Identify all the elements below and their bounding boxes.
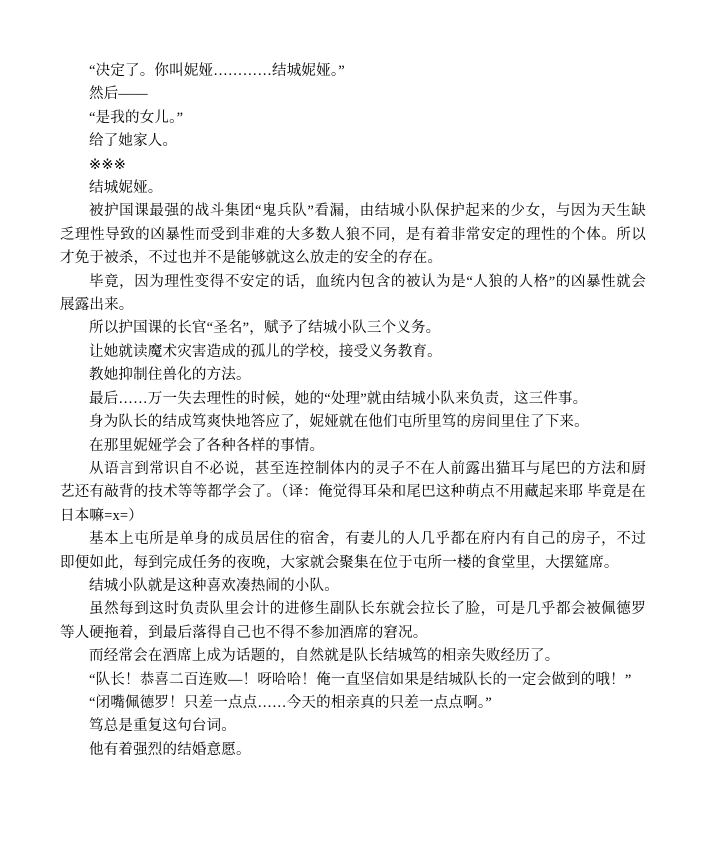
section-divider: ※※※ (60, 154, 646, 177)
dialogue-line: “闭嘴佩德罗！只差一点点……今天的相亲真的只差一点点啊。” (60, 692, 646, 715)
novel-text-body: “决定了。你叫妮娅…………结城妮娅。” 然后—— “是我的女儿。” 给了她家人。… (60, 60, 646, 762)
narration-line: 让她就读魔术灾害造成的孤儿的学校，接受义务教育。 (60, 341, 646, 364)
narration-paragraph: 虽然每到这时负责队里会计的进修生副队长东就会拉长了脸，可是几乎都会被佩德罗等人硬… (60, 598, 646, 645)
narration-paragraph: 从语言到常识自不必说，甚至连控制体内的灵子不在人前露出猫耳与尾巴的方法和厨艺还有… (60, 458, 646, 528)
narration-paragraph: 被护国课最强的战斗集团“鬼兵队”看漏，由结城小队保护起来的少女，与因为天生缺乏理… (60, 200, 646, 270)
narration-line: 在那里妮娅学会了各种各样的事情。 (60, 435, 646, 458)
narration-line: 身为队长的结成笃爽快地答应了，妮娅就在他们屯所里笃的房间里住了下来。 (60, 411, 646, 434)
narration-line: 给了她家人。 (60, 130, 646, 153)
document-page: “决定了。你叫妮娅…………结城妮娅。” 然后—— “是我的女儿。” 给了她家人。… (0, 0, 708, 850)
narration-line: 结城妮娅。 (60, 177, 646, 200)
dialogue-line: “是我的女儿。” (60, 107, 646, 130)
narration-line: 然后—— (60, 83, 646, 106)
narration-line: 所以护国课的长官“圣名”，赋予了结城小队三个义务。 (60, 317, 646, 340)
narration-line: 最后……万一失去理性的时候，她的“处理”就由结城小队来负责，这三件事。 (60, 388, 646, 411)
narration-paragraph: 基本上屯所是单身的成员居住的宿舍，有妻儿的人几乎都在府内有自己的房子，不过即便如… (60, 528, 646, 575)
dialogue-line: “决定了。你叫妮娅…………结城妮娅。” (60, 60, 646, 83)
narration-line: 笃总是重复这句台词。 (60, 715, 646, 738)
narration-line: 教她抑制住兽化的方法。 (60, 364, 646, 387)
narration-line: 结城小队就是这种喜欢凑热闹的小队。 (60, 575, 646, 598)
dialogue-line: “队长！恭喜二百连败—！呀哈哈！俺一直坚信如果是结城队长的一定会做到的哦！” (60, 669, 646, 692)
narration-line: 他有着强烈的结婚意愿。 (60, 739, 646, 762)
narration-line: 而经常会在酒席上成为话题的，自然就是队长结城笃的相亲失败经历了。 (60, 645, 646, 668)
narration-paragraph: 毕竟，因为理性变得不安定的话，血统内包含的被认为是“人狼的人格”的凶暴性就会展露… (60, 271, 646, 318)
